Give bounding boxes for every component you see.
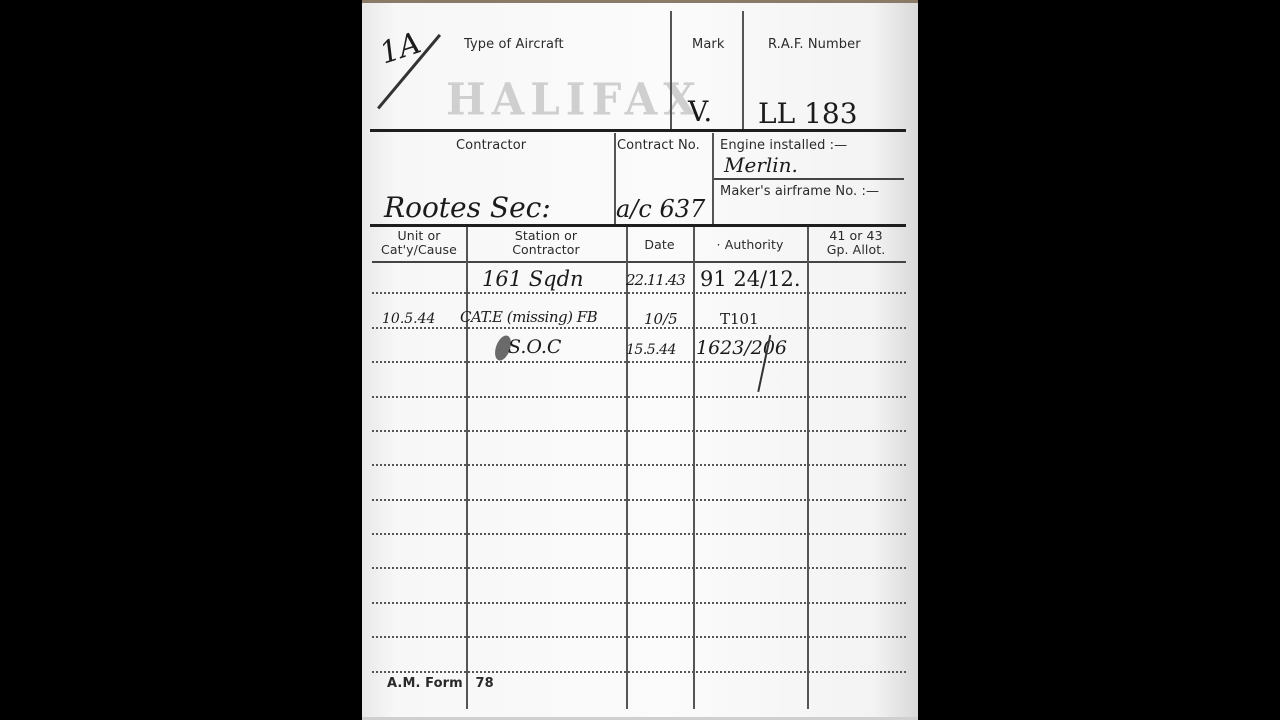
table-row-1-authority: 91 24/12. (700, 267, 801, 291)
row-line (372, 533, 906, 535)
contract-no-value: a/c 637 (616, 195, 705, 223)
table-row-2-unit: 10.5.44 (382, 311, 435, 327)
table-row-2-station: CAT.E (missing) FB (460, 308, 597, 326)
form-number: A.M. Form 78 (387, 676, 494, 691)
table-row-1-station: 161 Sqdn (482, 267, 584, 291)
column-header-station: Station or Contractor (466, 229, 626, 257)
table-row-2-authority: T101 (720, 310, 759, 328)
type-of-aircraft-value: HALIFAX (446, 74, 702, 125)
form-number-label: A.M. Form (387, 676, 463, 691)
corner-annotation: 1A (376, 26, 426, 72)
contractor-label: Contractor (456, 138, 526, 153)
row-line (372, 430, 906, 432)
column-header-unit: Unit or Cat'y/Cause (372, 229, 466, 257)
table-row-1-date: 22.11.43 (626, 271, 685, 289)
column-header-authority: · Authority (693, 238, 807, 252)
section-rule (370, 129, 906, 132)
contract-no-label: Contract No. (617, 138, 700, 153)
row-line (372, 361, 906, 363)
row-line (372, 567, 906, 569)
mark-label: Mark (692, 37, 724, 52)
aircraft-movement-card: 1A Type of Aircraft HALIFAX Mark V. R.A.… (362, 0, 918, 720)
row-line (372, 671, 906, 673)
engine-rule (714, 178, 904, 180)
raf-number-value: LL 183 (758, 97, 858, 130)
row-line (372, 327, 906, 329)
section-rule (370, 224, 906, 227)
type-of-aircraft-label: Type of Aircraft (464, 37, 564, 52)
raf-number-label: R.A.F. Number (768, 37, 861, 52)
row-line (372, 292, 906, 294)
divider (742, 11, 744, 131)
table-row-3-date: 15.5.44 (626, 342, 676, 358)
makers-airframe-label: Maker's airframe No. :— (720, 184, 879, 199)
row-line (372, 499, 906, 501)
engine-installed-label: Engine installed :— (720, 138, 847, 153)
divider (670, 11, 672, 131)
column-header-group-allotment: 41 or 43 Gp. Allot. (807, 229, 905, 257)
contractor-value: Rootes Sec: (384, 191, 551, 224)
engine-installed-value: Merlin. (724, 153, 798, 177)
column-header-date: Date (626, 238, 693, 252)
table-header-rule (372, 261, 906, 263)
table-row-3-authority: 1623/206 (696, 337, 787, 359)
row-line (372, 636, 906, 638)
table-row-2-date: 10/5 (644, 310, 678, 328)
row-line (372, 464, 906, 466)
mark-value: V. (688, 95, 712, 128)
row-line (372, 396, 906, 398)
table-row-3-station: S.O.C (508, 336, 561, 358)
row-line (372, 602, 906, 604)
form-number-value: 78 (475, 676, 493, 691)
